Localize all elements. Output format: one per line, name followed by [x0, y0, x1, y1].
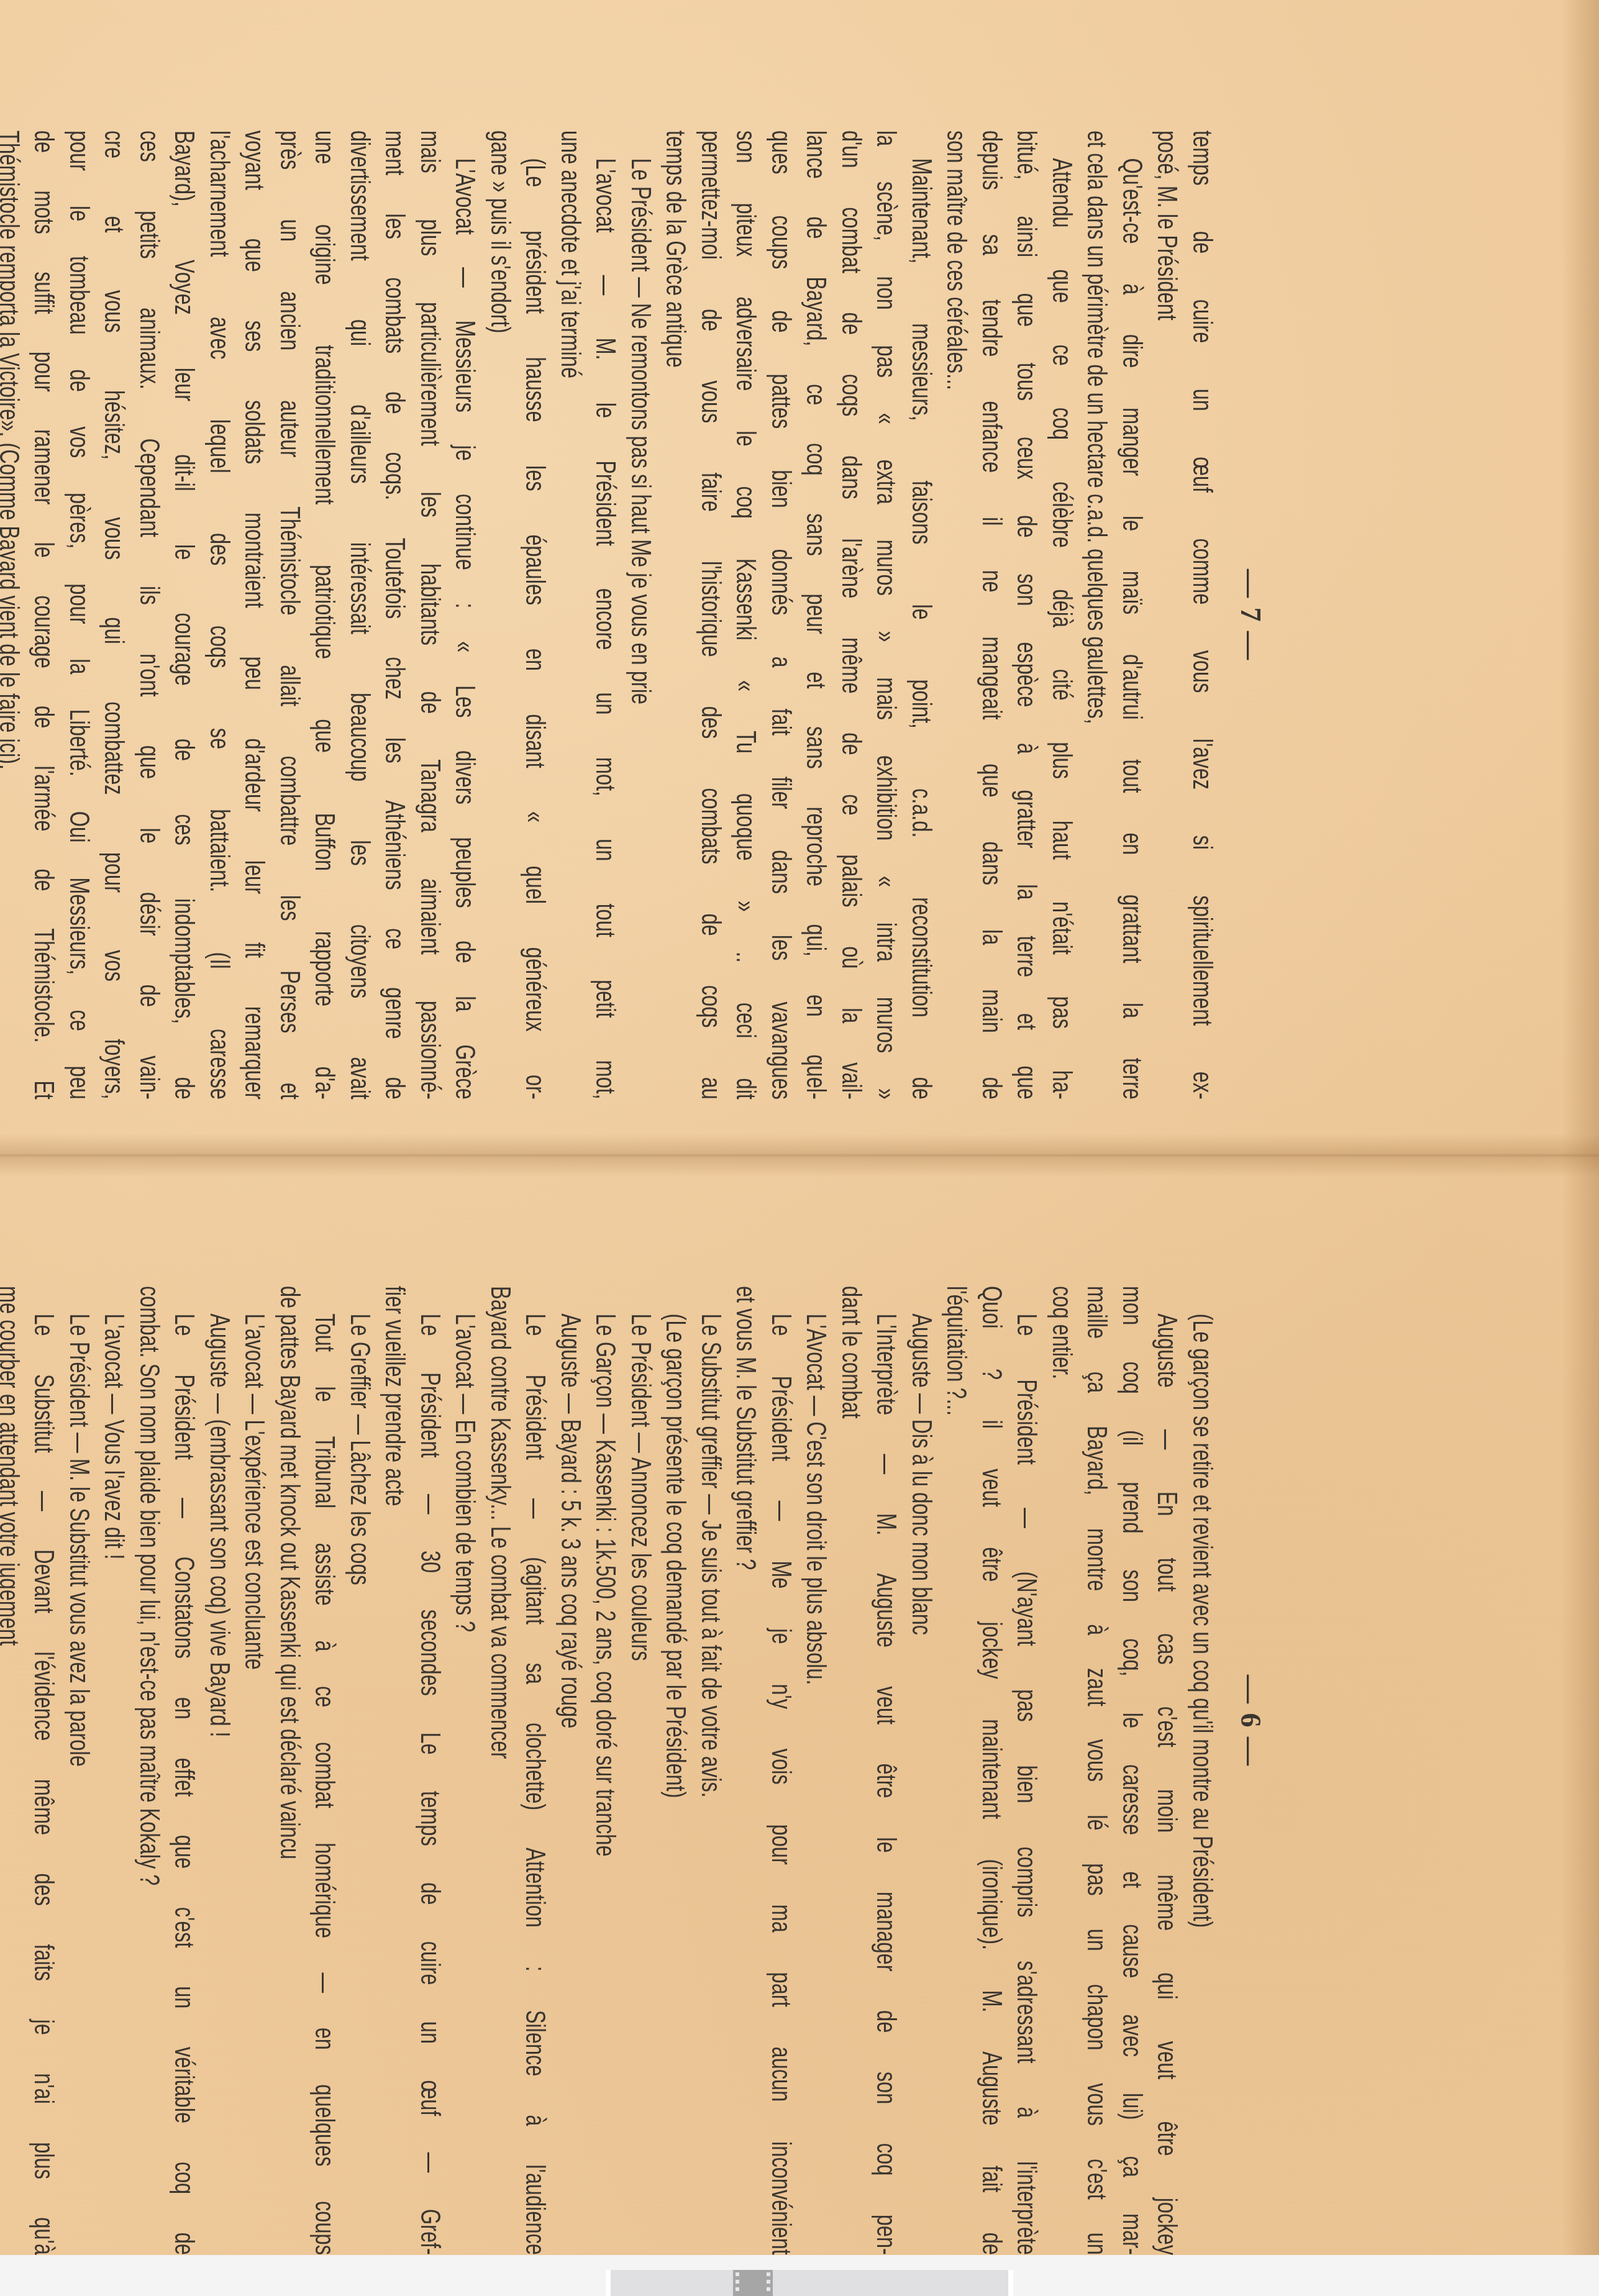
text-line: L'avocat — L'expérience est concluante — [237, 1286, 272, 2255]
page-6: — 6 — (Le garçon se retire et revient av… — [0, 1286, 1267, 2156]
text-line: L'avocat — En combien de temps ? — [447, 1286, 483, 2255]
text-line: divertissement qui d'ailleurs intéressai… — [342, 130, 378, 1100]
text-line: Quoi ? il veut être jockey maintenant (i… — [974, 1286, 1009, 2255]
text-line: voyant que ses soldats montraient peu d'… — [237, 130, 272, 1100]
text-line: Maintenant, messieurs, faisons le point,… — [904, 130, 939, 1100]
text-line: combat. Son nom plaide bien pour lui, n'… — [132, 1286, 167, 2255]
page-number: — 6 — — [1234, 1286, 1267, 2156]
text-line: Le Président — (N'ayant pas bien compris… — [1009, 1286, 1044, 2255]
paper-sheet: — 7 — temps de cuire un œuf comme vous l… — [0, 0, 1599, 2255]
text-line: Qu'est-ce à dire manger le maïs d'autrui… — [1114, 130, 1150, 1100]
text-line: Tout le Tribunal assiste à ce combat hom… — [307, 1286, 342, 2255]
text-line: L'Interprète — M. Auguste veut être le m… — [868, 1286, 904, 2255]
text-line: (Le garçon se retire et revient avec un … — [1185, 1286, 1220, 2255]
text-line: Le Président — Constatons en effet que c… — [166, 1286, 202, 2255]
text-line: mon coq (il prend son coq, le caresse et… — [1114, 1286, 1150, 2255]
text-line: L'Avocat — Messieurs je continue : « Les… — [447, 130, 483, 1100]
text-line: Le Substitut greffier — Je suis tout à f… — [693, 1286, 729, 2255]
text-line: Auguste — En tout cas c'est moin même qu… — [1149, 1286, 1185, 2255]
film-strip-icon — [733, 2270, 773, 2296]
text-line: Le Président — Annoncez les couleurs — [623, 1286, 658, 2255]
text-line: ment les combats de coqs. Toutefois chez… — [377, 130, 412, 1100]
text-line: Le Président — Me je n'y vois pour ma pa… — [763, 1286, 799, 2255]
text-line: son maître de ces céréales... — [939, 130, 974, 1100]
text-line: dant le combat — [834, 1286, 869, 2255]
text-line: Bayard), Voyez leur dit-il le courage de… — [166, 130, 202, 1100]
text-line: Thémistocle remporta la Victoire». (Comm… — [0, 130, 26, 1100]
text-line: ces petits animaux. Cependant ils n'ont … — [132, 130, 167, 1100]
text-line: permettez-moi de vous faire l'historique… — [693, 130, 729, 1100]
text-line: et cela dans un périmètre de un hectare … — [1079, 130, 1114, 1100]
text-line: et vous M. le Substitut greffier ? — [728, 1286, 763, 2255]
text-line: gane » puis il s'endort) — [483, 130, 518, 1100]
text-line: L'avocat — Vous l'avez dit ! — [96, 1286, 132, 2255]
text-line: ques coups de pattes bien donnés a fait … — [763, 130, 799, 1100]
text-line: pour le tombeau de vos pères, pour la Li… — [61, 130, 97, 1100]
text-line: coq entier. — [1044, 1286, 1080, 2255]
page-7-text: temps de cuire un œuf comme vous l'avez … — [0, 130, 1219, 1100]
text-line: une anecdote et j'ai terminé — [553, 130, 588, 1100]
page-7: — 7 — temps de cuire un œuf comme vous l… — [0, 130, 1267, 1100]
text-line: temps de cuire un œuf comme vous l'avez … — [1185, 130, 1220, 1100]
text-line: de mots suffit pour ramener le courage d… — [26, 130, 61, 1100]
text-line: son piteux adversaire le coq Kassenki « … — [728, 130, 763, 1100]
text-line: lance de Bayard, ce coq sans peur et san… — [798, 130, 834, 1100]
text-line: l'équitation ?... — [939, 1286, 974, 2255]
text-line: une origine traditionnellement patriotiq… — [307, 130, 342, 1100]
text-line: Le Substitut — Devant l'évidence même de… — [26, 1286, 61, 2255]
text-line: Le Greffier — Lâchez les coqs — [342, 1286, 378, 2255]
text-line: cre et vous hésitez, vous qui combattez … — [96, 130, 132, 1100]
text-line: (Le garçon présente le coq demandé par l… — [658, 1286, 693, 2255]
page-6-text: (Le garçon se retire et revient avec un … — [0, 1286, 1219, 2156]
text-line: posé, M. le Président — [1149, 130, 1185, 1100]
text-line: mais plus particulièrement les habitants… — [412, 130, 448, 1100]
text-line: la scène, non pas « extra muros » mais e… — [868, 130, 904, 1100]
text-line: de pattes Bayard met knock out Kassenki … — [272, 1286, 307, 2255]
text-line: d'un combat de coqs dans l'arène même de… — [834, 130, 869, 1100]
text-line: Bayard contre Kassenky... Le combat va c… — [483, 1286, 518, 2255]
scanner-plate — [606, 2270, 1013, 2296]
text-line: bitué, ainsi que tous ceux de son espèce… — [1009, 130, 1044, 1100]
text-line: maille ça Bayard, montre à zaut vous lé … — [1079, 1286, 1114, 2255]
text-line: Auguste — (embrassant son coq) vive Baya… — [202, 1286, 237, 2255]
paper-edge-shadow — [1562, 0, 1599, 2255]
text-line: Le Président — (agitant sa clochette) At… — [517, 1286, 553, 2255]
text-line: Le Garçon — Kassenki : 1k.500, 2 ans, co… — [588, 1286, 623, 2255]
text-line: Le Président — M. le Substitut vous avez… — [61, 1286, 97, 2255]
text-line: Attendu que ce coq célèbre déjà cité plu… — [1044, 130, 1080, 1100]
text-line: L'Avocat — C'est son droit le plus absol… — [798, 1286, 834, 2255]
text-line: Le Président — 30 secondes Le temps de c… — [412, 1286, 448, 2255]
center-fold — [0, 1134, 1599, 1177]
page-number: — 7 — — [1234, 130, 1267, 1100]
text-line: (Le président hausse les épaules en disa… — [517, 130, 553, 1100]
text-line: Auguste — Dis à lu donc mon blanc — [904, 1286, 939, 2255]
text-line: Le Président — Ne remontons pas si haut … — [623, 130, 658, 1100]
text-line: près un ancien auteur Thémistocle allait… — [272, 130, 307, 1100]
text-line: temps de la Grèce antique — [658, 130, 693, 1100]
text-line: depuis sa tendre enfance il ne mangeait … — [974, 130, 1009, 1100]
text-line: fier vueillez prendre acte — [377, 1286, 412, 2255]
text-line: l'acharnement avec lequel des coqs se ba… — [202, 130, 237, 1100]
text-line: L'avocat — M. le Président encore un mot… — [588, 130, 623, 1100]
text-line: me courber en attendant votre jugement — [0, 1286, 26, 2255]
text-line: Auguste — Bayard : 5 k. 3 ans coq rayé r… — [553, 1286, 588, 2255]
